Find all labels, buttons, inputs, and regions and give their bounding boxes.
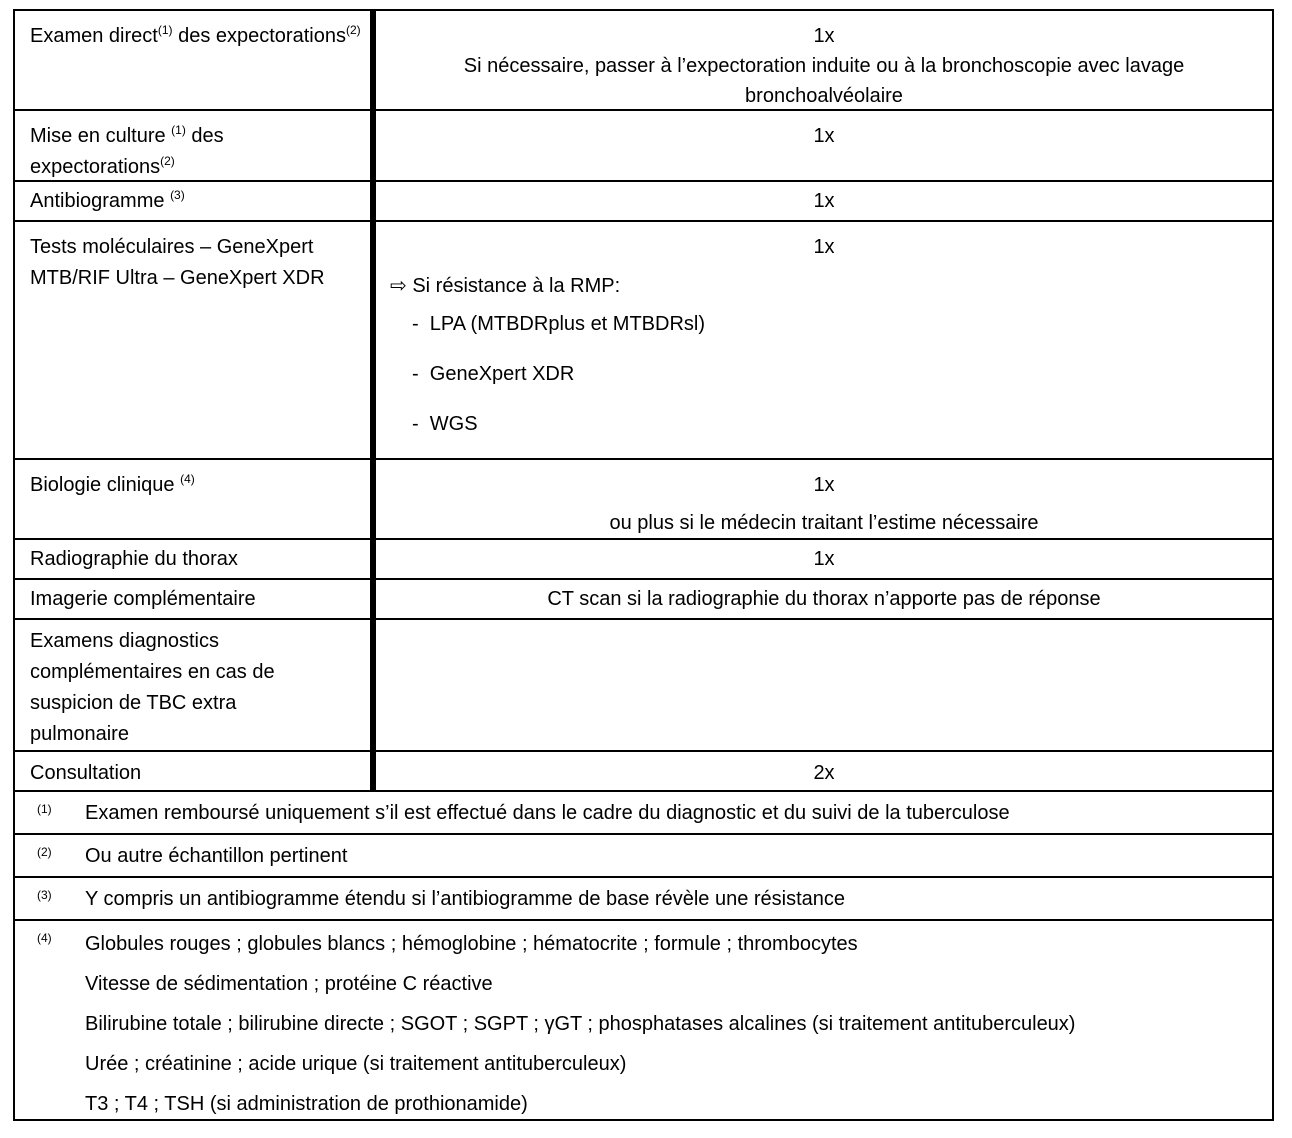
table-row: Biologie clinique (4) 1x ou plus si le m… [15,460,1272,540]
row-value: 1x ou plus si le médecin traitant l’esti… [376,460,1272,538]
table-row: Antibiogramme (3) 1x [15,182,1272,222]
table-row: Mise en culture (1) des expectorations(2… [15,111,1272,182]
row-value: 1x ⇨ Si résistance à la RMP: - LPA (MTBD… [376,222,1272,458]
table-row: Radiographie du thorax 1x [15,540,1272,580]
row-value: 1x Si nécessaire, passer à l’expectorati… [376,11,1272,109]
exam-table: Examen direct(1) des expectorations(2) 1… [13,9,1274,1121]
row-value: CT scan si la radiographie du thorax n’a… [376,580,1272,618]
footnote: (3) Y compris un antibiogramme étendu si… [15,878,1272,921]
row-value: 1x [376,111,1272,180]
list-item: - WGS [390,409,1272,439]
footnote: (4) Globules rouges ; globules blancs ; … [15,921,1272,1121]
table-row: Imagerie complémentaire CT scan si la ra… [15,580,1272,620]
list-item: - LPA (MTBDRplus et MTBDRsl) [390,309,1272,339]
row-label: Antibiogramme (3) [15,182,371,220]
row-label: Tests moléculaires – GeneXpert MTB/RIF U… [15,222,371,458]
row-value: 1x [376,540,1272,578]
table-row: Tests moléculaires – GeneXpert MTB/RIF U… [15,222,1272,460]
row-label: Examens diagnostics complémentaires en c… [15,620,371,750]
row-label: Imagerie complémentaire [15,580,371,618]
row-label: Radiographie du thorax [15,540,371,578]
footnote: (1) Examen remboursé uniquement s’il est… [15,792,1272,835]
row-value: 1x [376,182,1272,220]
row-value [376,620,1272,750]
arrow-right-icon: ⇨ [390,275,407,297]
row-label: Biologie clinique (4) [15,460,371,538]
row-value: 2x [376,752,1272,790]
table-row: Examen direct(1) des expectorations(2) 1… [15,11,1272,111]
row-label: Consultation [15,752,371,790]
footnote: (2) Ou autre échantillon pertinent [15,835,1272,878]
list-item: - GeneXpert XDR [390,359,1272,389]
row-label: Mise en culture (1) des expectorations(2… [15,111,371,180]
table-row: Consultation 2x [15,752,1272,792]
row-label: Examen direct(1) des expectorations(2) [15,11,371,109]
table-row: Examens diagnostics complémentaires en c… [15,620,1272,752]
